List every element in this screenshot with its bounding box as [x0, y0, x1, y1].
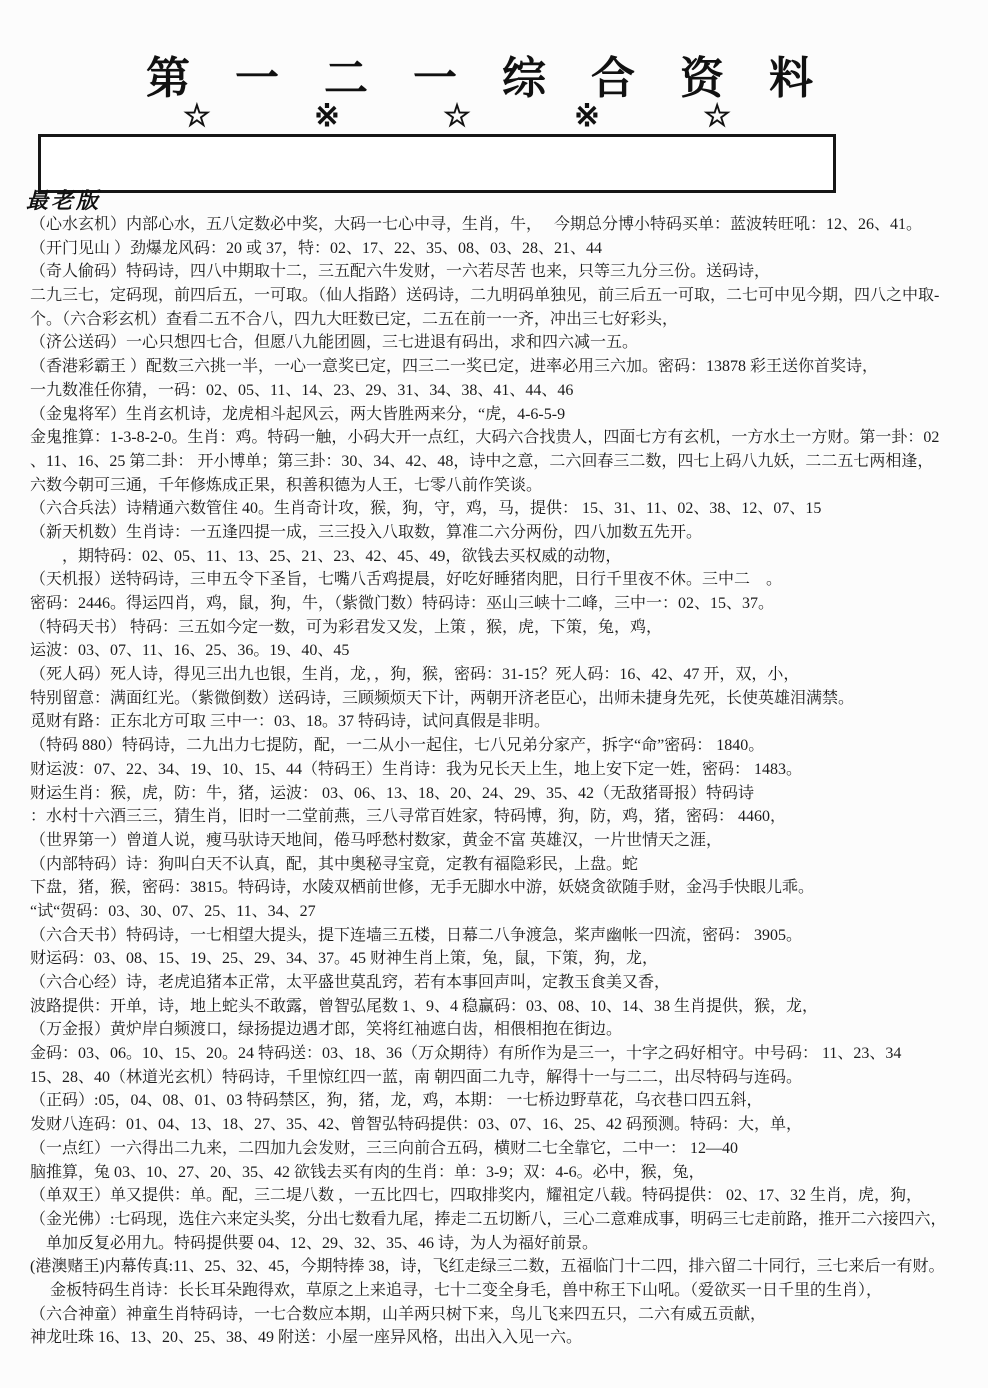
decor-star-icon: ☆	[183, 100, 211, 131]
text-line: （内部特码）诗：狗叫白天不认真，配，其中奥秘寻宝竟，定教有福隐彩民，上盘。蛇	[30, 853, 984, 877]
text-line: （金鬼将军）生肖玄机诗，龙虎相斗起风云，两大皆胜两来分，“虎，4-6-5-9	[30, 403, 984, 427]
text-line: 15、28、40（林道光玄机）特码诗，千里惊红四一蓝，南 朝四面二九寺，解得十一…	[30, 1066, 984, 1090]
text-line: 六数今朝可三通，千年修炼成正果，积善积德为人王，七零八前作笑谈。	[30, 474, 984, 498]
text-line: （开门见山 ）劲爆龙风码：20 或 37，特：02、17、22、35、08、03…	[30, 237, 984, 261]
text-line: 神龙吐珠 16、13、20、25、38、49 附送：小屋一座异风格，出出入入见一…	[30, 1326, 984, 1350]
text-line: （金光佛）:七码现，选住六来定头奖，分出七数看九尾，捧走二五切断八，三心二意难成…	[30, 1208, 984, 1232]
text-line: （世界第一）曾道人说，瘦马驮诗天地间，倦马呼愁村数家，黄金不富 英雄汉，一片世情…	[30, 829, 984, 853]
text-line: （一点红）一六得出二九来，二四加九会发财，三三向前合五码，横财二七全靠它，二中一…	[30, 1137, 984, 1161]
text-line: 个。（六合彩玄机）查看二五不合八，四九大旺数已定，二五在前一一齐，冲出三七好彩头…	[30, 308, 984, 332]
text-line: 财运码：03、08、15、19、25、29、34、37。45 财神生肖上策，兔，…	[30, 947, 984, 971]
decor-star-icon: ☆	[443, 100, 471, 131]
text-line: 财运生肖：猴，虎，防：牛，猪，运波： 03、06、13、18、20、24、29、…	[30, 782, 984, 806]
text-line: 金板特码生肖诗：长长耳朵跑得欢，草原之上来追寻，七十二变全身毛，兽中称王下山吼。…	[30, 1279, 984, 1303]
page-title: 第 一 二 一 综 合 资 料	[146, 42, 830, 106]
text-line: （天机报）送特码诗，三申五令下圣旨，七嘴八舌鸡提晨，好吃好睡猪肉肥，日行千里夜不…	[30, 568, 984, 592]
text-line: 脑推算，兔 03、10、27、20、35、42 欲钱去买有肉的生肖：单：3-9；…	[30, 1161, 984, 1185]
text-line: 觅财有路：正东北方可取 三中一：03、18。37 特码诗，试问真假是非明。	[30, 710, 984, 734]
text-line: 一九数准任你猜，一码：02、05、11、14、23、29、31、34、38、41…	[30, 379, 984, 403]
text-line: （正码）:05，04、08、01、03 特码禁区，狗，猪，龙，鸡，本期： 一七桥…	[30, 1089, 984, 1113]
text-line: （特码天书） 特码：三五如今定一数，可为彩君发又发，上策 ，猴，虎，下策，兔，鸡…	[30, 616, 984, 640]
text-line: （六合天书）特码诗，一七相望大提头，提下连墙三五楼，日幕二八争渡急，桨声幽帐一四…	[30, 924, 984, 948]
text-line: （特码 880）特码诗，二九出力七提防，配，一二从小一起住，七八兄弟分家产，拆字…	[30, 734, 984, 758]
text-line: （奇人偷码）特码诗，四八中期取十二，三五配六牛发财，一六若尽苦 也来，只等三九分…	[30, 260, 984, 284]
notice-box	[38, 134, 836, 193]
decor-star-icon: ※	[574, 100, 600, 131]
edition-label: 最老版	[26, 184, 101, 215]
text-line: 波路提供：开单，诗，地上蛇头不敢露，曾智弘尾数 1、9、4 稳赢码：03、08、…	[30, 995, 984, 1019]
text-line: 发财八连码：01、04、13、18、27、35、42、曾智弘特码提供：03、07…	[30, 1113, 984, 1137]
text-line: （新天机数）生肖诗：一五逢四提一成，三三投入八取数，算准二六分两份，四八加数五先…	[30, 521, 984, 545]
text-line: （万金报）黄炉岸白频渡口，绿扬提边遇才郎，笑将红袖遮白齿，相偎相抱在街边。	[30, 1018, 984, 1042]
text-line: 特别留意：满面红光。（紫微倒数）送码诗，三顾频烦天下计，两朝开济老臣心，出师未捷…	[30, 687, 984, 711]
page: 第 一 二 一 综 合 资 料 ☆※☆※☆ 最老版 （心水玄机）内部心水，五八定…	[0, 0, 988, 1388]
text-line: ，期特码：02、05、11、13、25、21、23、42、45、49，欲钱去买权…	[30, 545, 984, 569]
text-line: 下盘，猪，猴，密码：3815。特码诗，水陵双栖前世修，无手无脚水中游，妖娆贪欲随…	[30, 876, 984, 900]
text-line: （单双王）单又提供：单。配，三二堤八数 ，一五比四七，四取排奖内，耀祖定八载。特…	[30, 1184, 984, 1208]
text-line: （六合兵法）诗精通六数管住 40。生肖奇计攻，猴，狗，守，鸡，马，提供： 15、…	[30, 497, 984, 521]
body-text: （心水玄机）内部心水，五八定数必中奖，大码一七心中寻，生肖，牛， 今期总分博小特…	[0, 213, 988, 1350]
text-line: (港澳赌王)内幕传真:11、25、32、45，今期特捧 38，诗，飞红走绿三二数…	[30, 1255, 984, 1279]
text-line: 、11、16、25 第二卦： 开小博单；第三卦：30、34、42、48，诗中之意…	[30, 450, 984, 474]
text-line: （六合心经）诗，老虎追猪本正常，太平盛世莫乱窍，若有本事回声叫，定教玉食美又香，	[30, 971, 984, 995]
text-line: （死人码）死人诗，得见三出九也银，生肖，龙，，狗，猴，密码：31-15？死人码：…	[30, 663, 984, 687]
text-line: 单加反复必用九。特码提供要 04、12、29、32、35、46 诗，为人为福好前…	[30, 1232, 984, 1256]
decor-symbols-row: ☆※☆※☆	[183, 100, 731, 131]
text-line: 二九三七，定码现，前四后五，一可取。（仙人指路）送码诗，二九明码单独见，前三后五…	[30, 284, 984, 308]
text-line: （六合神童）神童生肖特码诗，一七合数应本期，山羊两只树下来，鸟儿飞来四五只，二六…	[30, 1303, 984, 1327]
text-line: （香港彩霸王 ）配数三六挑一半，一心一意奖已定，四三二一奖已定，进率必用三六加。…	[30, 355, 984, 379]
text-line: ：水村十六酒三三，猜生肖，旧时一二堂前燕，三八寻常百姓家，特码博，狗，防，鸡，猪…	[30, 805, 984, 829]
text-line: “试“贺码：03、30、07、25、11、34、27	[30, 900, 984, 924]
text-line: 运波：03、07、11、16、25、36。19、40、45	[30, 639, 984, 663]
text-line: 金码：03、06。10、15、20。24 特码送：03、18、36（万众期待）有…	[30, 1042, 984, 1066]
text-line: （济公送码）一心只想四七合，但愿八九能团圆，三七进退有码出，求和四六减一五。	[30, 331, 984, 355]
text-line: 金鬼推算：1-3-8-2-0。生肖：鸡。特码一触，小码大开一点红，大码六合找贵人…	[30, 426, 984, 450]
text-line: 财运波：07、22、34、19、10、15、44（特码王）生肖诗：我为兄长天上生…	[30, 758, 984, 782]
decor-star-icon: ※	[314, 100, 340, 131]
decor-star-icon: ☆	[703, 100, 731, 131]
text-line: 密码：2446。得运四肖，鸡，鼠，狗，牛，（紫微门数）特码诗：巫山三峡十二峰，三…	[30, 592, 984, 616]
text-line: （心水玄机）内部心水，五八定数必中奖，大码一七心中寻，生肖，牛， 今期总分博小特…	[30, 213, 984, 237]
